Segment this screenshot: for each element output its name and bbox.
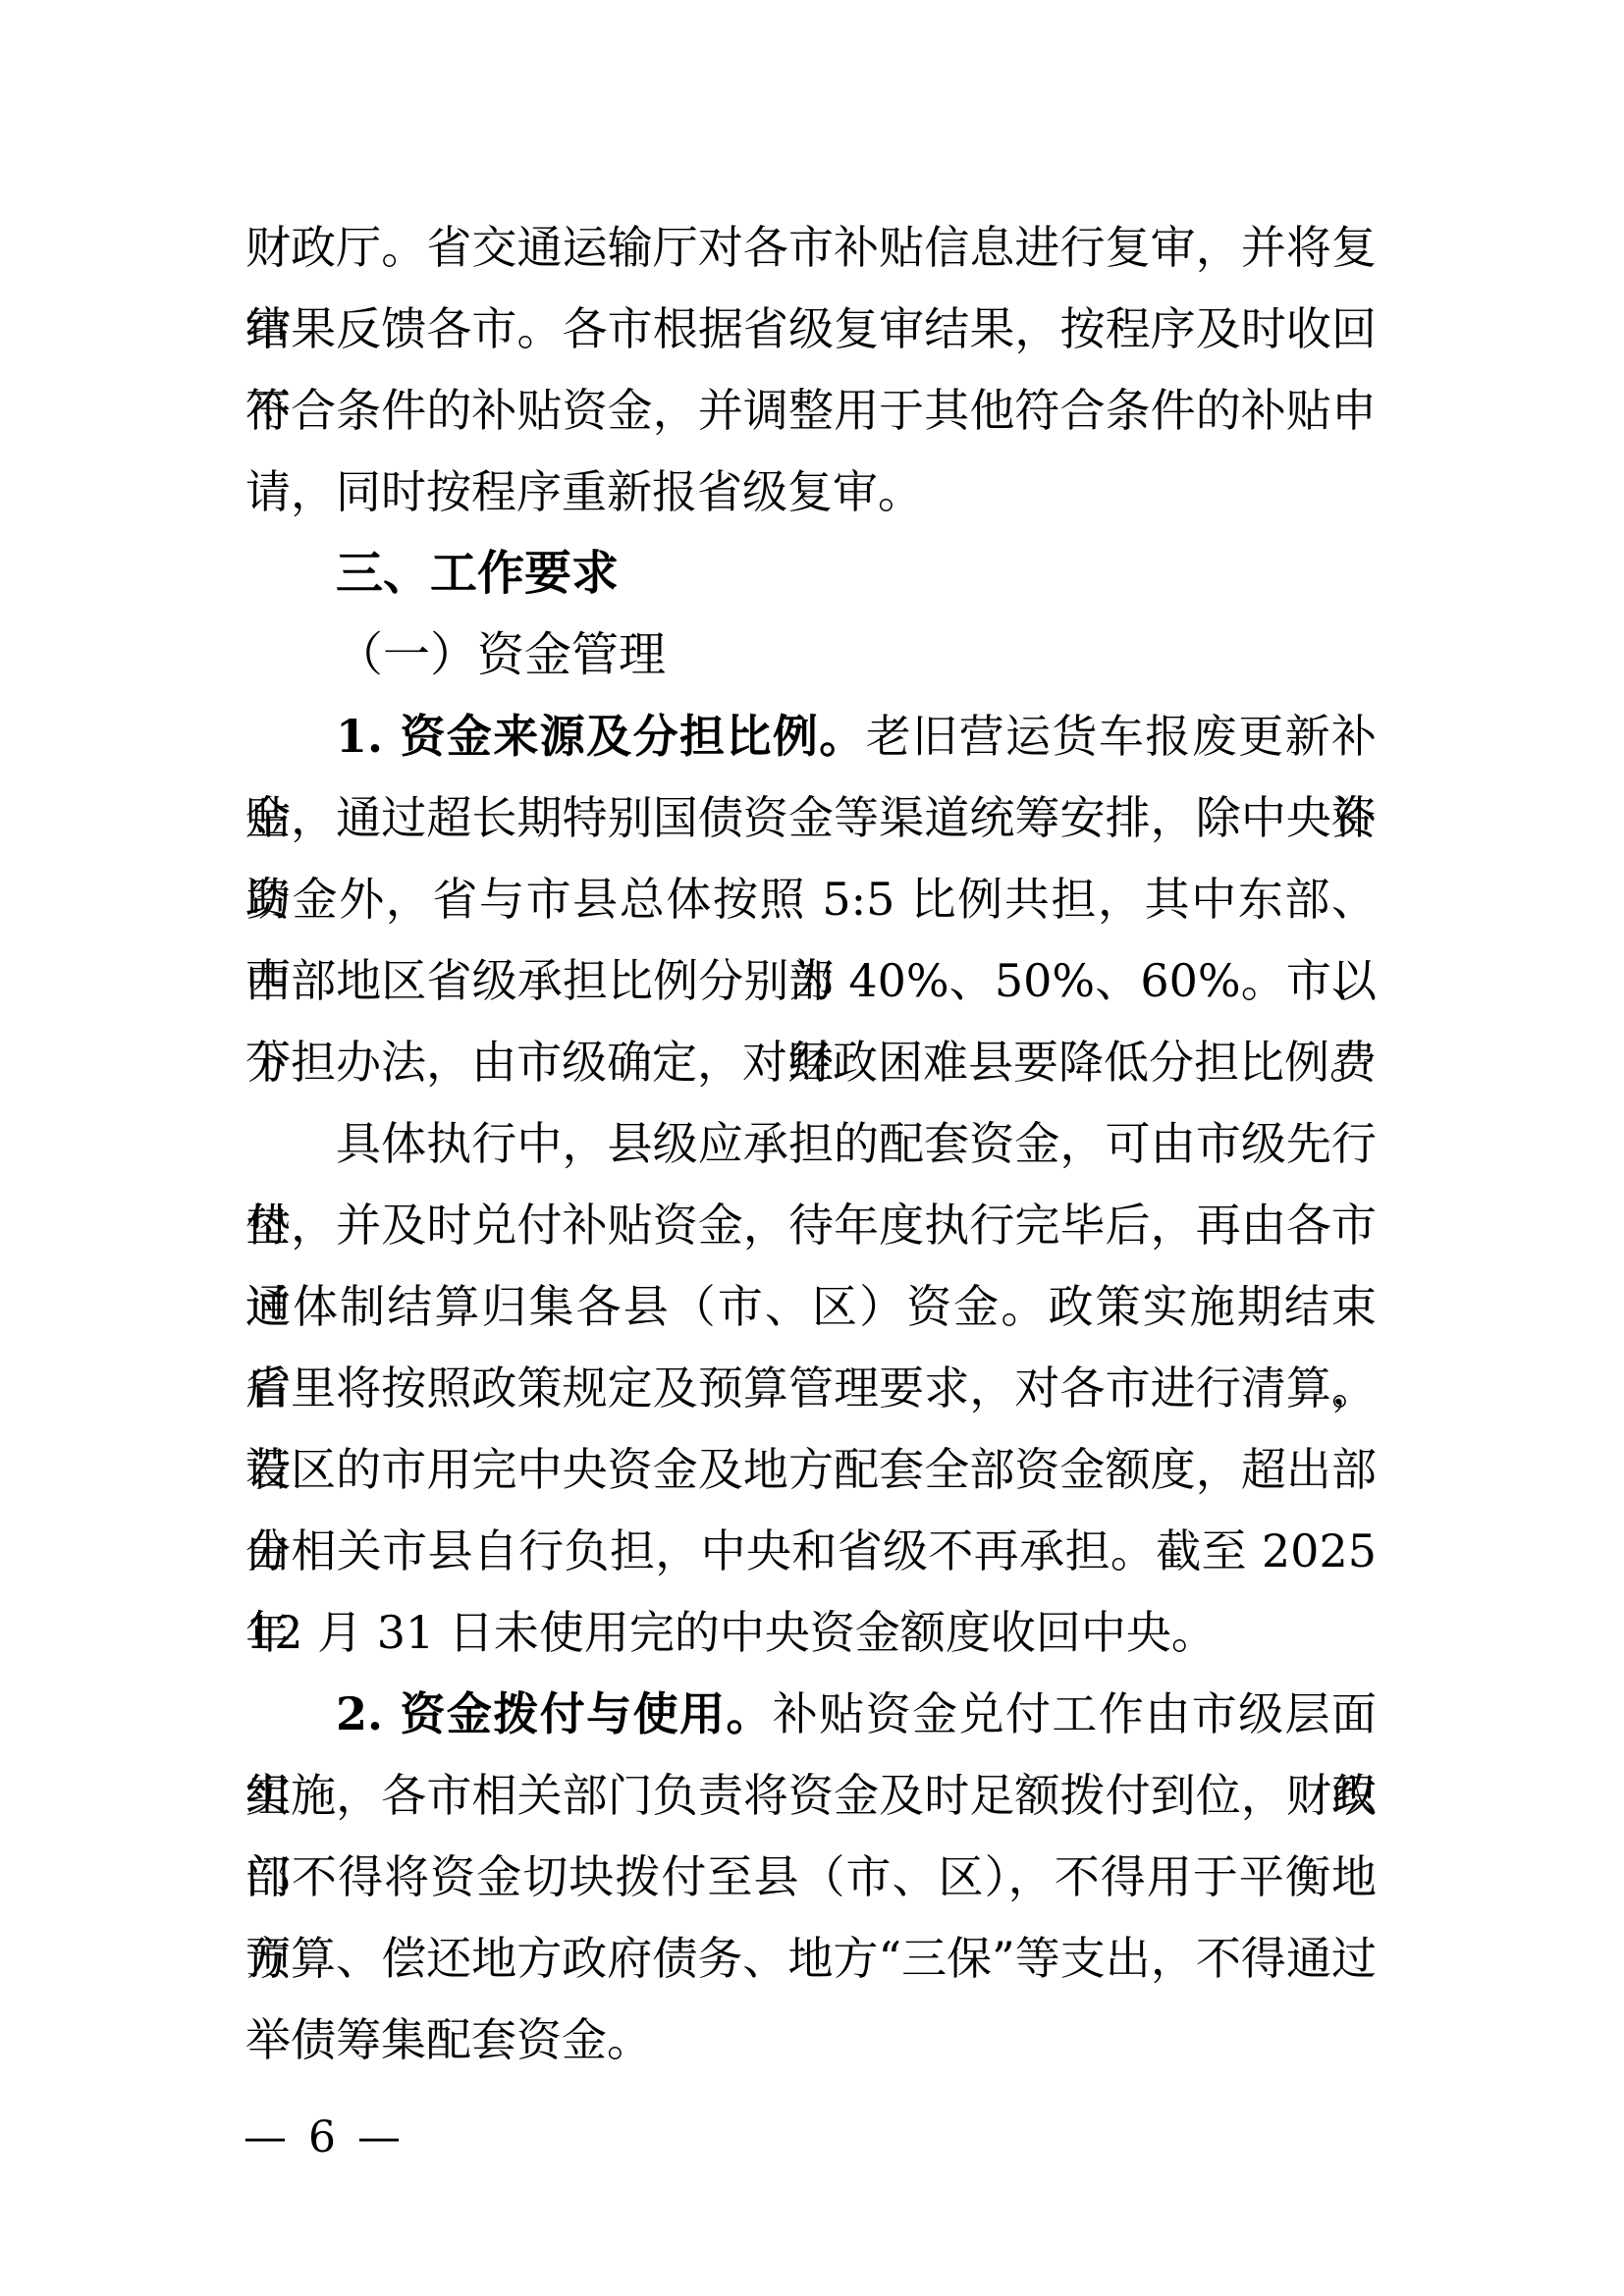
text-line: 结果反馈各市。各市根据省级复审结果，按程序及时收回不 [245,289,1377,370]
text-line: 举债筹集配套资金。 [245,2000,1377,2081]
text-line: 设区的市用完中央资金及地方配套全部资金额度，超出部分 [245,1429,1377,1511]
text-line: 过体制结算归集各县（市、区）资金。政策实施期结束后， [245,1266,1377,1348]
text-line: 实施，各市相关部门负责将资金及时足额拨付到位，财政部 [245,1755,1377,1837]
document-page: 财政厅。省交通运输厅对各市补贴信息进行复审，并将复审结果反馈各市。各市根据省级复… [0,0,1624,2296]
text-line: 符合条件的补贴资金，并调整用于其他符合条件的补贴申 [245,370,1377,452]
document-lines: 财政厅。省交通运输厅对各市补贴信息进行复审，并将复审结果反馈各市。各市根据省级复… [245,207,1377,2081]
text-line: 金，通过超长期特别国债资金等渠道统筹安排，除中央补助 [245,777,1377,859]
bold-run: 2. 资金拨付与使用。 [336,1687,773,1740]
bold-run: 1. 资金来源及分担比例。 [336,710,866,763]
text-line: 12 月 31 日未使用完的中央资金额度收回中央。 [245,1592,1377,1674]
text-line: 请，同时按程序重新报省级复审。 [245,452,1377,533]
text-line: 门不得将资金切块拨付至县（市、区），不得用于平衡地方 [245,1837,1377,1918]
text-line: 财政厅。省交通运输厅对各市补贴信息进行复审，并将复审 [245,207,1377,289]
text-line: 预算、偿还地方政府债务、地方“三保”等支出，不得通过 [245,1918,1377,2000]
text-line: 具体执行中，县级应承担的配套资金，可由市级先行垫 [245,1103,1377,1185]
text-line: 西部地区省级承担比例分别为 40%、50%、60%。市以下经费 [245,940,1377,1022]
text-line: 2. 资金拨付与使用。补贴资金兑付工作由市级层面组织 [245,1674,1377,1755]
text-line: 由相关市县自行负担，中央和省级不再承担。截至 2025 年 [245,1511,1377,1592]
text-line: 省里将按照政策规定及预算管理要求，对各市进行清算。若 [245,1348,1377,1429]
text-line: 付，并及时兑付补贴资金，待年度执行完毕后，再由各市通 [245,1185,1377,1266]
text-line: 资金外，省与市县总体按照 5:5 比例共担，其中东部、中部、 [245,859,1377,940]
section-heading: 三、工作要求 [245,533,1377,614]
page-number: — 6 — [244,2097,405,2178]
subsection-heading: （一）资金管理 [245,614,1377,696]
text-line: 1. 资金来源及分担比例。老旧营运货车报废更新补贴资 [245,696,1377,777]
text-line: 分担办法，由市级确定，对财政困难县要降低分担比例。 [245,1022,1377,1103]
